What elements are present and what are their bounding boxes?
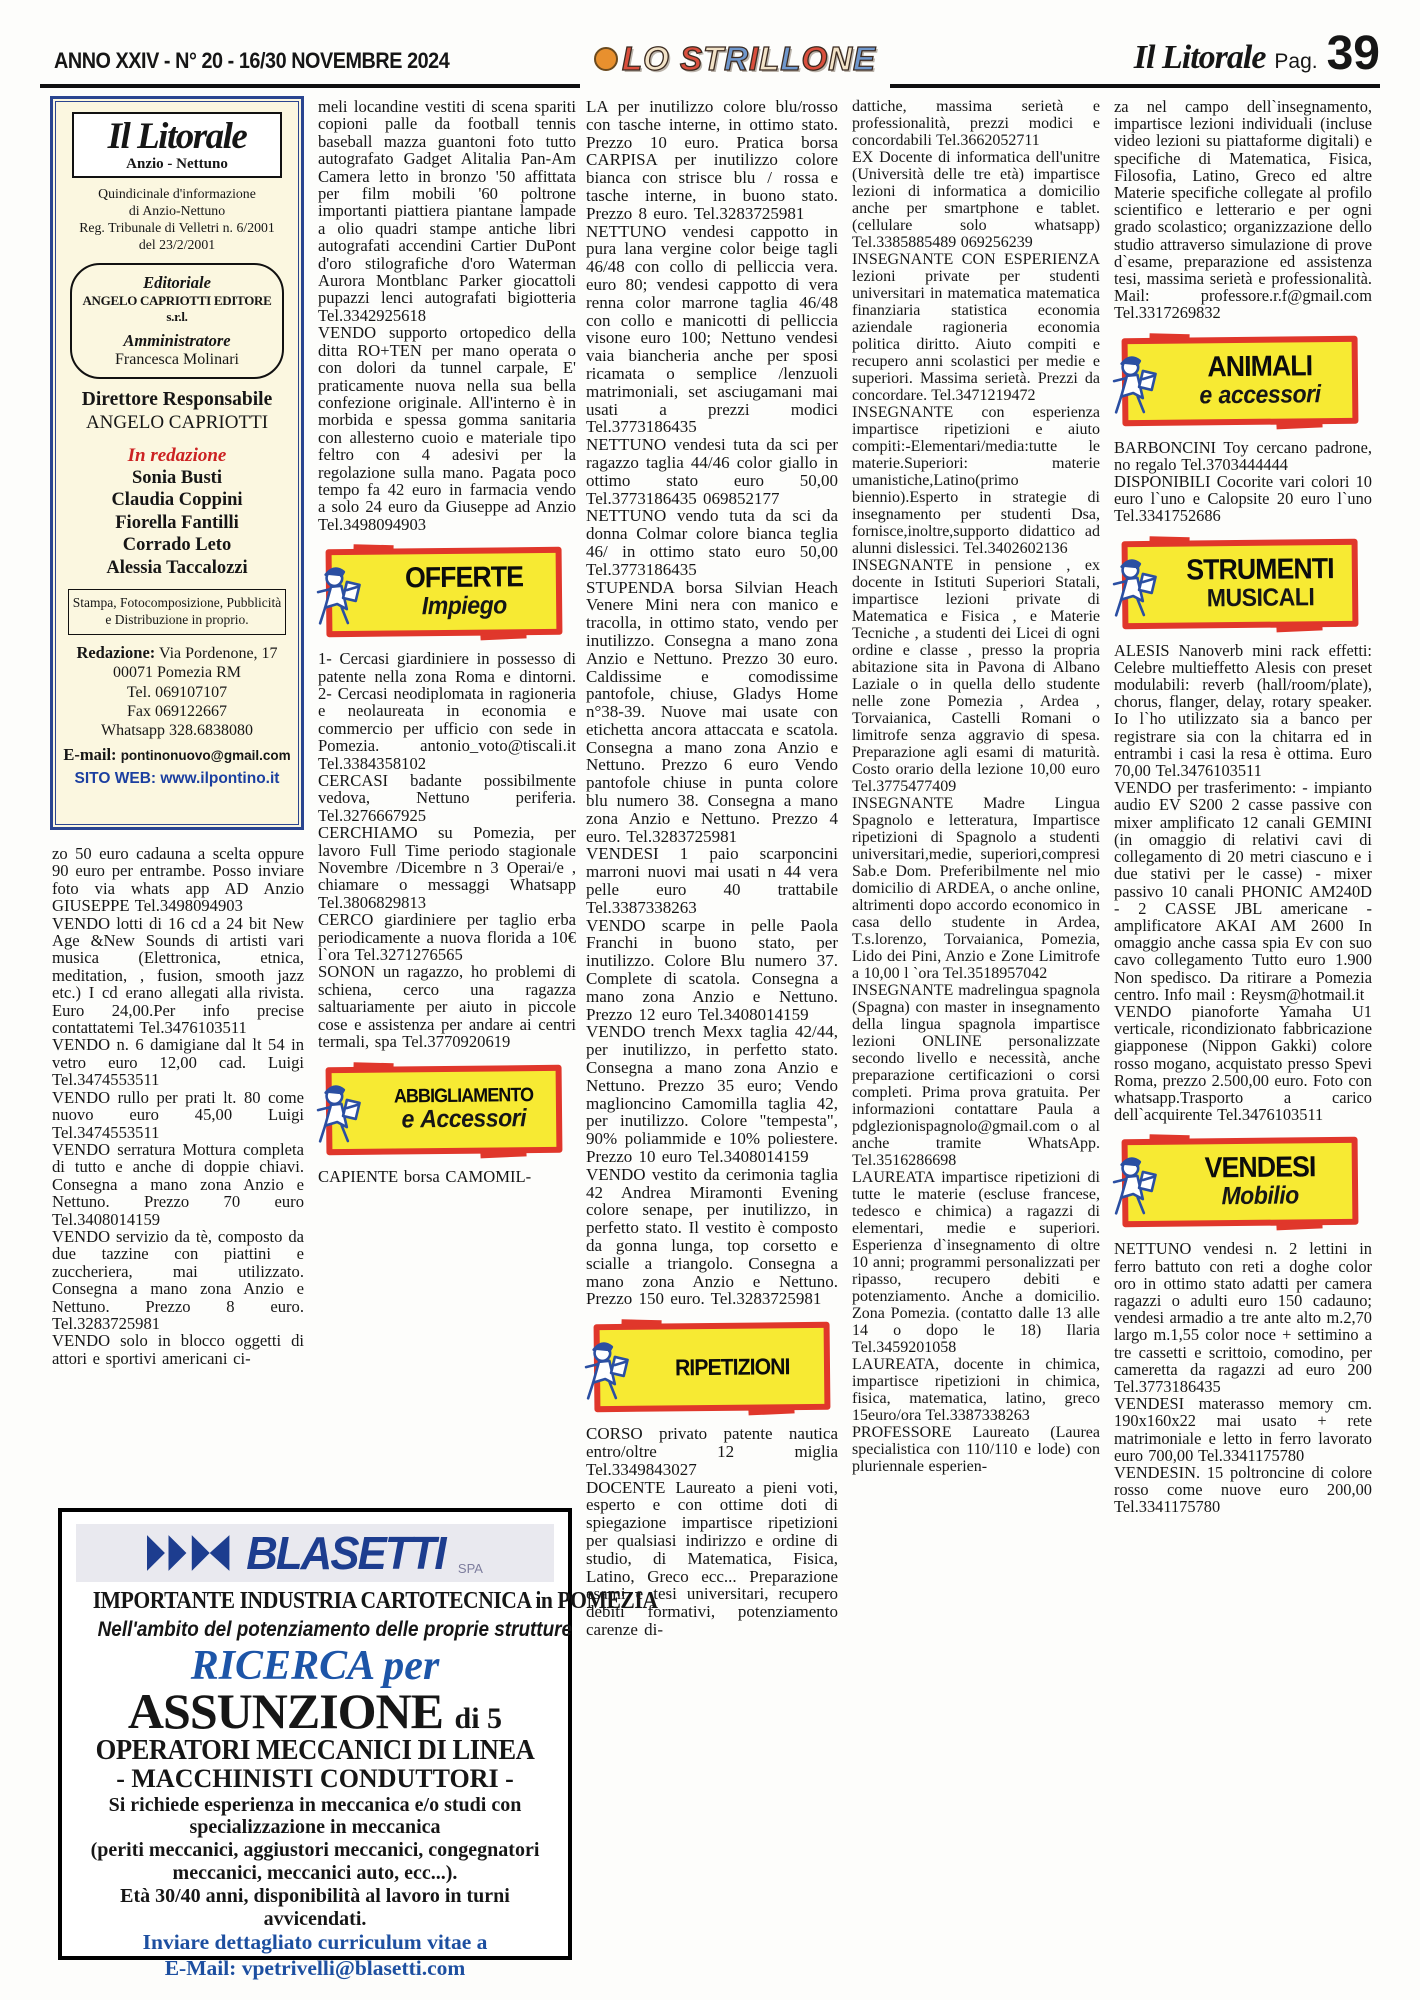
text-line: Sonia Busti [62,467,292,490]
page-label: Pag. [1274,48,1317,75]
strillone-mascot-icon [312,561,365,634]
masthead-box: Il Litorale Anzio - Nettuno Quindicinale… [50,96,304,830]
column-2-mid-ads: 1- Cercasi giardiniere in possesso di pa… [318,650,576,1050]
classified-ad: VENDESIN. 15 poltroncine di colore rosso… [1114,1464,1372,1516]
blasetti-job-ad: BLASETTI SPA IMPORTANTE INDUSTRIA CARTOT… [58,1508,572,1960]
amministratore-label: Amministratore [76,331,278,351]
direttore-label: Direttore Responsabile [62,389,292,411]
blasetti-assunzione: ASSUNZIONE di 5 [68,1688,562,1736]
classified-ad: CAPIENTE borsa CAMOMIL- [318,1168,576,1185]
editoriale-name: ANGELO CAPRIOTTI EDITORE s.r.l. [76,293,278,325]
classified-ad: INSEGNANTE in pensione , ex docente in I… [852,557,1100,795]
classified-ad: DOCENTE Laureato a pieni voti, esperto e… [586,1479,838,1639]
text-line: 00071 Pomezia RM [62,663,292,682]
section-subtitle: MUSICALI [1206,584,1314,613]
classified-ad: dattiche, massima serietà e professional… [852,98,1100,149]
classified-ad: INSEGNANTE Madre Lingua Spagnolo e lette… [852,795,1100,982]
section-title: VENDESI [1204,1153,1315,1183]
direttore-name: ANGELO CAPRIOTTI [62,412,292,435]
masthead-title-box: Il Litorale Anzio - Nettuno [72,112,282,178]
column-2: meli locandine vestiti di scena spariti … [318,98,576,1185]
classified-ad: VENDO serratura Mottura completa di tutt… [52,1141,304,1228]
mascot-head-icon [594,47,618,71]
classified-ad: CERCO giardiniere per taglio erba period… [318,911,576,963]
section-box-strumenti-musicali: STRUMENTI MUSICALI [1122,538,1359,628]
in-redazione-label: In redazione [62,445,292,467]
column-5-top-ads: za nel campo dell`insegnamento, impartis… [1114,98,1372,322]
section-title: ABBIGLIAMENTO [394,1085,533,1106]
email-label: E-mail: [63,745,116,764]
blasetti-spa-label: SPA [458,1561,483,1576]
page-number: 39 [1327,34,1380,75]
classified-ad: VENDO trench Mexx taglia 42/44, per inut… [586,1023,838,1165]
column-3: LA per inutilizzo colore blu/rosso con t… [586,98,838,1639]
classified-ad: VENDESI 1 paio scarponcini marroni nuovi… [586,845,838,916]
stampa-box: Stampa, Fotocomposizione, Pubblicità e D… [68,589,286,635]
text-line: Alessia Taccalozzi [62,557,292,580]
strillone-mascot-icon [1108,1151,1161,1224]
text-line: Fax 069122667 [62,702,292,721]
classified-ad: INSEGNANTE CON ESPERIENZA lezioni privat… [852,251,1100,404]
text-line: Whatsapp 328.6838080 [62,721,292,740]
text-line: Inviare dettagliato curriculum vitae a [68,1930,562,1956]
text-line: del 23/2/2001 [62,237,292,254]
text-line: Corrado Leto [62,534,292,557]
classified-ad: CERCASI badante possibilmente vedova, Ne… [318,772,576,824]
text-line: Età 30/40 anni, disponibilità al lavoro … [68,1885,562,1931]
classified-ad: VENDO scarpe in pelle Paola Franchi in b… [586,917,838,1024]
classified-ad: CORSO privato patente nautica entro/oltr… [586,1425,838,1478]
classified-ad: za nel campo dell`insegnamento, impartis… [1114,98,1372,322]
text-line: Reg. Tribunale di Velletri n. 6/2001 [62,220,292,237]
column-5-strumenti-ads: ALESIS Nanoverb mini rack effetti: Celeb… [1114,642,1372,1124]
section-title: RIPETIZIONI [675,1355,790,1379]
column-5: za nel campo dell`insegnamento, impartis… [1114,98,1372,1516]
section-box-vendesi-mobilio: VENDESI Mobilio [1122,1137,1359,1227]
classified-ad: VENDO vestito da cerimonia taglia 42 And… [586,1166,838,1308]
section-box-animali: ANIMALI e accessori [1122,335,1359,425]
classified-ad: PROFESSORE Laureato (Laurea specialistic… [852,1424,1100,1475]
blasetti-headline: IMPORTANTE INDUSTRIA CARTOTECNICA in POM… [93,1588,538,1615]
classified-ad: 1- Cercasi giardiniere in possesso di pa… [318,650,576,772]
classified-ad: VENDO lotti di 16 cd a 24 bit New Age &N… [52,915,304,1037]
blasetti-chevrons-icon [147,1533,233,1573]
sito-web: SITO WEB: www.ilpontino.it [62,770,292,788]
classified-ad: LAUREATA, docente in chimica, impartisce… [852,1356,1100,1424]
page-reference: Il Litorale Pag. 39 [1134,34,1380,75]
lo-strillone-logo: LO STRILLONE [580,28,890,90]
text-line: Quindicinale d'informazione [62,186,292,203]
classified-ad: CERCHIAMO su Pomezia, per lavoro Full Ti… [318,824,576,911]
strillone-mascot-icon [1108,349,1161,422]
classified-ad: NETTUNO vendo tuta da sci da donna Colma… [586,507,838,578]
text-line: di Anzio-Nettuno [62,203,292,220]
classified-ad: VENDO pianoforte Yamaha U1 verticale, ri… [1114,1003,1372,1123]
classified-ad: VENDO servizio da tè, composto da due ta… [52,1228,304,1332]
section-subtitle: e accessori [1199,381,1320,410]
strillone-mascot-icon [312,1078,365,1151]
column-2-bottom-ads: CAPIENTE borsa CAMOMIL- [318,1168,576,1185]
column-3-top-ads: LA per inutilizzo colore blu/rosso con t… [586,98,838,1308]
address-street: Via Pordenone, 17 [159,645,278,662]
blasetti-requirements: Si richiede esperienza in meccanica e/o … [68,1794,562,1931]
section-subtitle: Mobilio [1221,1182,1299,1210]
classified-ad: STUPENDA borsa Silvian Heach Venere Mini… [586,579,838,846]
assunzione-word: ASSUNZIONE [128,1683,443,1739]
registration-info: Quindicinale d'informazionedi Anzio-Nett… [62,186,292,253]
blasetti-logo-text: BLASETTI [246,1526,444,1580]
paper-title: Il Litorale [1134,41,1266,75]
classified-ad: LAUREATA impartisce ripetizioni di tutte… [852,1169,1100,1356]
classified-ad: NETTUNO vendesi n. 2 lettini in ferro ba… [1114,1240,1372,1395]
email-value: pontinonuovo@gmail.com [121,748,291,763]
classified-ad: LA per inutilizzo colore blu/rosso con t… [586,98,838,223]
classified-ad: VENDO solo in blocco oggetti di attori e… [52,1332,304,1367]
issue-date-line: ANNO XXIV - N° 20 - 16/30 NOVEMBRE 2024 [54,48,449,74]
text-line: Si richiede esperienza in meccanica e/o … [68,1794,562,1840]
classified-ad: VENDO n. 6 damigiane dal lt 54 in vetro … [52,1036,304,1088]
classified-ad: zo 50 euro cadauna a scelta oppure 90 eu… [52,845,304,915]
column-1-ads: zo 50 euro cadauna a scelta oppure 90 eu… [52,845,304,1367]
newspaper-page: ANNO XXIV - N° 20 - 16/30 NOVEMBRE 2024 … [0,0,1420,2000]
section-box-abbigliamento: ABBIGLIAMENTO e Accessori [326,1064,563,1154]
classified-ad: ALESIS Nanoverb mini rack effetti: Celeb… [1114,642,1372,780]
masthead-title: Il Litorale [76,119,278,154]
section-subtitle: e Accessori [402,1105,527,1134]
classified-ad: VENDO supporto ortopedico della ditta RO… [318,324,576,533]
amministratore-name: Francesca Molinari [76,351,278,369]
classified-ad: NETTUNO vendesi cappotto in pura lana ve… [586,223,838,437]
editorial-box: Editoriale ANGELO CAPRIOTTI EDITORE s.r.… [70,263,284,379]
strillone-mascot-icon [580,1336,633,1409]
classified-ad: NETTUNO vendesi tuta da sci per ragazzo … [586,436,838,507]
redazione-names: Sonia BustiClaudia CoppiniFiorella Fanti… [62,467,292,580]
logo-text: LO STRILLONE [622,40,876,78]
classified-ad: VENDO per trasferimento: - impianto audi… [1114,779,1372,1003]
di5-word: di 5 [455,1702,503,1735]
section-box-ripetizioni: RIPETIZIONI [594,1322,831,1412]
classified-ad: BARBONCINI Toy cercano padrone, no regal… [1114,439,1372,473]
classified-ad: DISPONIBILI Cocorite vari colori 10 euro… [1114,473,1372,525]
blasetti-contact: Inviare dettagliato curriculum vitae aE-… [68,1930,562,1982]
section-title: OFFERTE [405,563,523,593]
text-line: (periti meccanici, aggiustori meccanici,… [68,1839,562,1885]
text-line: E-Mail: vpetrivelli@blasetti.com [68,1956,562,1982]
column-5-animali-ads: BARBONCINI Toy cercano padrone, no regal… [1114,439,1372,525]
strillone-mascot-icon [1108,552,1161,625]
blasetti-macchinisti: - MACCHINISTI CONDUTTORI - [68,1765,562,1794]
address-label: Redazione: [76,643,155,662]
editoriale-label: Editoriale [76,273,278,293]
classified-ad: SONON un ragazzo, ho problemi di schiena… [318,963,576,1050]
blasetti-operatori: OPERATORI MECCANICI DI LINEA [80,1736,549,1765]
text-line: Fiorella Fantilli [62,512,292,535]
blasetti-logo-band: BLASETTI SPA [76,1524,554,1582]
text-line: Claudia Coppini [62,489,292,512]
section-title: ANIMALI [1207,352,1312,382]
section-subtitle: Impiego [422,592,507,620]
column-2-top-ads: meli locandine vestiti di scena spariti … [318,98,576,533]
section-box-offerte-impiego: OFFERTE Impiego [326,547,563,637]
redazione-address: Redazione: Via Pordenone, 17 00071 Pomez… [62,643,292,740]
section-title: STRUMENTI [1186,554,1334,585]
masthead-subtitle: Anzio - Nettuno [76,156,278,173]
blasetti-subline: Nell'ambito del potenziamento delle prop… [98,1617,533,1642]
classified-ad: VENDESI materasso memory cm. 190x160x22 … [1114,1395,1372,1464]
classified-ad: INSEGNANTE madrelingua spagnola (Spagna)… [852,982,1100,1169]
column-5-mobilio-ads: NETTUNO vendesi n. 2 lettini in ferro ba… [1114,1240,1372,1515]
classified-ad: EX Docente di informatica dell'unitre (U… [852,149,1100,251]
column-4: dattiche, massima serietà e professional… [852,98,1100,1475]
text-line: Tel. 069107107 [62,683,292,702]
blasetti-ricerca: RICERCA per [68,1644,562,1688]
classified-ad: meli locandine vestiti di scena spariti … [318,98,576,324]
email-line: E-mail: pontinonuovo@gmail.com [62,745,292,765]
classified-ad: VENDO rullo per prati lt. 80 come nuovo … [52,1089,304,1141]
classified-ad: INSEGNANTE con esperienza impartisce rip… [852,404,1100,557]
address-lines: 00071 Pomezia RMTel. 069107107Fax 069122… [62,663,292,740]
